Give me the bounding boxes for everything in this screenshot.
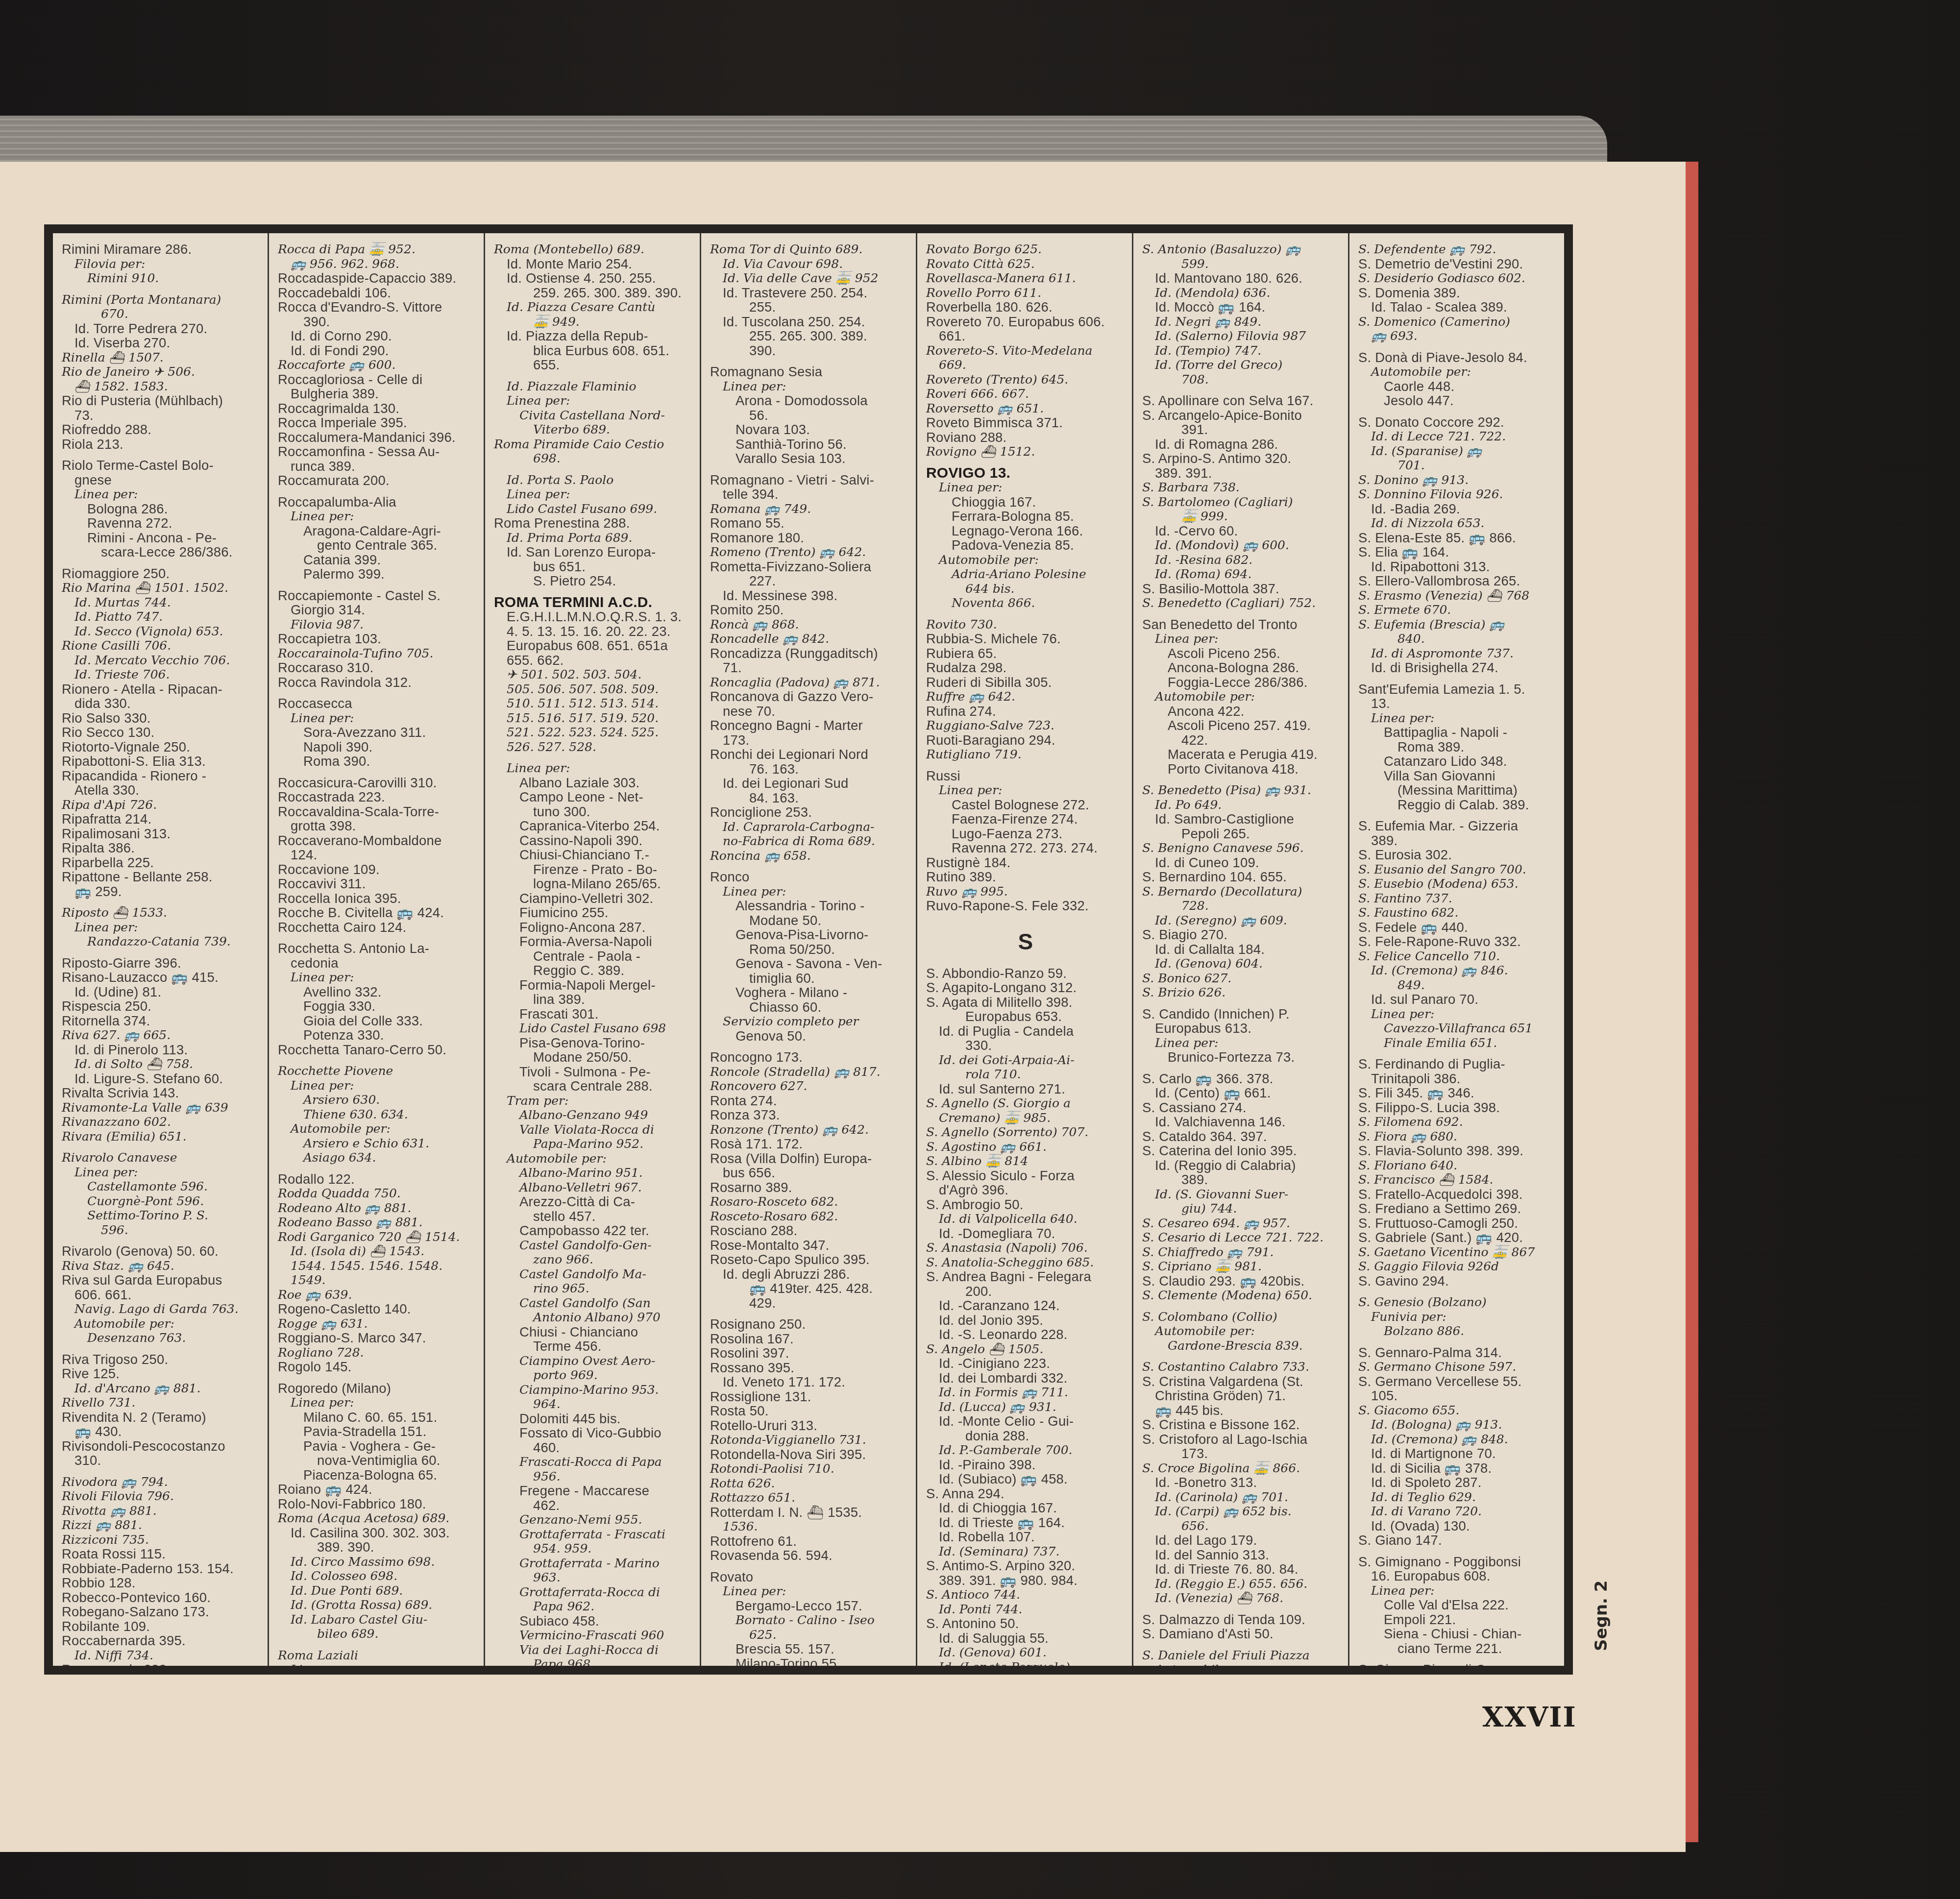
index-entry-line: S. Benedetto (Cagliari) 752. [1142, 596, 1341, 610]
index-entry-line: Rotello-Ururi 313. [710, 1418, 909, 1433]
index-entry-line: Grottaferrata - Frascati [494, 1527, 693, 1542]
index-entry-line: Id. Ligure-S. Stefano 60. [62, 1071, 261, 1086]
index-entry-line: Porto Civitanova 418. [1142, 762, 1341, 777]
index-entry-line: Rosignano 250. [710, 1317, 909, 1332]
index-entry-line: Subiaco 458. [494, 1614, 693, 1629]
index-entry-line: Ravenna 272. 273. 274. [926, 841, 1125, 855]
index-entry-line: S. Donato Coccore 292. [1358, 415, 1557, 430]
index-entry-line: Ripa d'Api 726. [62, 798, 261, 812]
index-entry-line: Ruffre 🚌 642. [926, 689, 1125, 704]
index-entry-line: Roma (Acqua Acetosa) 689. [278, 1511, 477, 1526]
index-entry-line: Rocca Ravindola 312. [278, 675, 477, 690]
index-entry-line: Genzano-Nemi 955. [494, 1512, 693, 1527]
index-entry-line: Roveto Bimmisca 371. [926, 415, 1125, 430]
index-entry-line: Rovigno ⛴ 1512. [926, 444, 1125, 459]
index-entry-line: Ferrara-Bologna 85. [926, 509, 1125, 524]
index-entry-line: Castel Gandolfo (San [494, 1296, 693, 1311]
index-entry-line: Funivia per: [1358, 1310, 1557, 1324]
index-entry-line: Robegano-Salzano 173. [62, 1605, 261, 1619]
index-entry-line: Roverbella 180. 626. [926, 300, 1125, 315]
index-entry-line: Id. dei Legionari Sud [710, 776, 909, 791]
index-entry-line: Rimini (Porta Montanara) [62, 292, 261, 307]
index-entry-line: Romagnano - Vietri - Salvi- [710, 473, 909, 487]
index-entry-line: S. Agata di Militello 398. [926, 995, 1125, 1010]
index-entry-line: 173. [1142, 1446, 1341, 1461]
index-entry-line: Romagnano Sesia [710, 365, 909, 379]
index-entry-line: Id. di Varano 720. [1358, 1504, 1557, 1519]
index-entry-line: S. Arpino-S. Antimo 320. [1142, 451, 1341, 466]
index-entry-line: Ronco [710, 870, 909, 884]
index-entry-line: S. Defendente 🚌 792. [1358, 242, 1557, 257]
index-entry-line: Rovello Porro 611. [926, 286, 1125, 300]
index-entry-line: Id. di Martignone 70. [1358, 1446, 1557, 1461]
index-entry-line: S. Eufemia (Brescia) 🚌 [1358, 617, 1557, 632]
index-entry-line: Robbio 128. [62, 1576, 261, 1590]
index-entry-line: 655. 662. [494, 653, 693, 668]
index-entry-line: Europabus 613. [1142, 1021, 1341, 1036]
index-entry-line: S. Filomena 692. [1358, 1115, 1557, 1129]
index-entry-line: Id. (Cremona) 🚌 848. [1358, 1432, 1557, 1447]
index-entry-line: Rodallo 122. [278, 1172, 477, 1187]
index-entry-line: 460. [494, 1440, 693, 1455]
index-entry-line: Linea per: [494, 761, 693, 776]
index-entry-line: Roncina 🚌 658. [710, 849, 909, 863]
index-entry-line: donia 288. [926, 1429, 1125, 1443]
index-entry-line: Id. di Pinerolo 113. [62, 1043, 261, 1057]
index-entry-line: Albano-Marino 951. [494, 1166, 693, 1180]
index-entry-line: Ruvo-Rapone-S. Fele 332. [926, 899, 1125, 913]
index-entry-line: Caorle 448. [1358, 379, 1557, 394]
index-entry-line: Romeno (Trento) 🚌 642. [710, 545, 909, 560]
index-entry-line: bus 651. [494, 560, 693, 574]
index-entry-line: Rosarno 389. [710, 1180, 909, 1195]
index-entry-line: Castellamonte 596. [62, 1179, 261, 1194]
index-entry-line: S. Ginese-Pieve di Com. [1358, 1662, 1557, 1666]
index-entry-line: S. Clemente (Modena) 650. [1142, 1288, 1341, 1303]
index-entry-line: Id. Talao - Scalea 389. [1358, 300, 1557, 315]
major-station-entry: ROVIGO 13. [926, 466, 1125, 481]
index-entry-line: Id. (Subiaco) 🚌 458. [926, 1472, 1125, 1486]
index-entry-line: 956. [494, 1469, 693, 1484]
index-column: Roma Tor di Quinto 689.Id. Via Cavour 69… [701, 233, 917, 1666]
index-entry-line: Linea per: [62, 1165, 261, 1180]
index-entry-line: Rotondella-Nova Siri 395. [710, 1447, 909, 1462]
index-entry-line: Roccagloriosa - Celle di [278, 372, 477, 387]
index-entry-line: Cassino-Napoli 390. [494, 833, 693, 848]
index-entry-line: Id. (Seminara) 737. [926, 1544, 1125, 1559]
index-entry-line: Genova-Pisa-Livorno- [710, 927, 909, 942]
index-entry-line: Rispescia 250. [62, 999, 261, 1014]
index-entry-line: Aragona-Caldare-Agri- [278, 524, 477, 538]
index-entry-line: Rovasenda 56. 594. [710, 1548, 909, 1563]
index-entry-line: Id. (Torre del Greco) [1142, 358, 1341, 372]
index-entry-line: Milano C. 60. 65. 151. [278, 1410, 477, 1425]
index-entry-line: Novara 103. [710, 422, 909, 437]
index-entry-line: (Messina Marittima) [1358, 783, 1557, 798]
index-entry-line: cedonia [278, 956, 477, 971]
index-entry-line: Romito 250. [710, 603, 909, 617]
index-entry-line: S. Agostino 🚌 661. [926, 1140, 1125, 1154]
index-entry-line: 422. [1142, 733, 1341, 748]
index-entry-line: E.G.H.I.L.M.N.O.Q.R.S. 1. 3. [494, 609, 693, 624]
index-entry-line: Rocca Imperiale 395. [278, 415, 477, 430]
index-entry-line: Ronchi dei Legionari Nord [710, 747, 909, 762]
index-entry-line: Roveri 666. 667. [926, 387, 1125, 401]
index-entry-line: S. Genesio (Bolzano) [1358, 1295, 1557, 1310]
index-entry-line: Ruoti-Baragiano 294. [926, 733, 1125, 748]
index-entry-line: Ripalta 386. [62, 841, 261, 855]
index-entry-line: Castel Gandolfo-Gen- [494, 1238, 693, 1253]
index-entry-line: Roccavione 109. [278, 862, 477, 877]
index-entry-line: Rufina 274. [926, 704, 1125, 719]
index-entry-line: Roiano 🚌 424. [278, 1482, 477, 1497]
index-entry-line: S. Basilio-Mottola 387. [1142, 582, 1341, 596]
index-entry-line: Automobile per: [62, 1316, 261, 1331]
index-entry-line: San Benedetto del Tronto [1142, 617, 1341, 632]
index-entry-line: Voghera - Milano - [710, 985, 909, 1000]
index-entry-line: Id. Tuscolana 250. 254. [710, 315, 909, 329]
index-entry-line: Ancona 422. [1142, 704, 1341, 719]
index-entry-line: Brunico-Fortezza 73. [1142, 1050, 1341, 1065]
index-entry-line: S. Domenico (Camerino) [1358, 315, 1557, 329]
index-entry-line: S. Floriano 640. [1358, 1158, 1557, 1173]
index-entry-line: Automobile per: [1358, 365, 1557, 379]
index-entry-line: Roma 50/250. [710, 942, 909, 957]
index-entry-line: Gioia del Colle 333. [278, 1014, 477, 1028]
index-entry-line: Id. di Fondi 290. [278, 343, 477, 358]
index-entry-line: S. Benedetto (Pisa) 🚌 931. [1142, 783, 1341, 798]
index-entry-line: Rogge 🚌 631. [278, 1316, 477, 1331]
index-entry-line: S. Ambrogio 50. [926, 1197, 1125, 1212]
index-entry-line: 669. [926, 358, 1125, 372]
index-entry-line: Rizzi 🚌 881. [62, 1518, 261, 1533]
index-entry-line: Id. Niffi 734. [62, 1648, 261, 1663]
index-entry-line: zano 966. [494, 1252, 693, 1267]
index-entry-line: Roncaglia (Padova) 🚌 871. [710, 675, 909, 690]
index-entry-line: 510. 511. 512. 513. 514. [494, 696, 693, 711]
index-entry-line: S. Desiderio Godiasco 602. [1358, 271, 1557, 286]
index-entry-line: S. Gavino 294. [1358, 1274, 1557, 1289]
index-entry-line: nova-Ventimiglia 60. [278, 1453, 477, 1468]
index-entry-line: Roccella Ionica 395. [278, 891, 477, 906]
index-entry-line: Macerata e Perugia 419. [1142, 747, 1341, 762]
index-entry-line: Tivoli - Sulmona - Pe- [494, 1065, 693, 1079]
index-entry-line: Avellino 332. [278, 985, 477, 999]
index-entry-line: S. Fiora 🚌 680. [1358, 1129, 1557, 1144]
index-entry-line: gnese [62, 473, 261, 487]
index-entry-line: 255. [710, 300, 909, 315]
index-entry-line: Frascati 301. [494, 1007, 693, 1022]
index-entry-line: S. Fedele 🚌 440. [1358, 920, 1557, 935]
index-entry-line: Id. San Lorenzo Europa- [494, 545, 693, 560]
index-entry-line: Rottofreno 61. [710, 1534, 909, 1549]
index-entry-line: Id. -Cinigiano 223. [926, 1356, 1125, 1371]
index-entry-line: Linea per: [710, 379, 909, 394]
index-entry-line: Viterbo 689. [494, 422, 693, 437]
index-entry-line: Id. -Piraino 398. [926, 1458, 1125, 1472]
index-entry-line: Id. (Cremona) 🚌 846. [1358, 963, 1557, 978]
index-entry-line: Id. Murtas 744. [62, 595, 261, 610]
index-entry-line: Ripafratta 214. [62, 812, 261, 827]
index-entry-line: S. Gennaro-Palma 314. [1358, 1345, 1557, 1360]
index-entry-line: S. Barbara 738. [1142, 480, 1341, 495]
index-entry-line: Linea per: [278, 1662, 477, 1666]
index-entry-line: Roncovero 627. [710, 1079, 909, 1094]
index-entry-line: Linea per: [926, 783, 1125, 798]
index-entry-line: Ruggiano-Salve 723. [926, 718, 1125, 733]
index-entry-line: Via dei Laghi-Rocca di [494, 1643, 693, 1657]
index-entry-line: porto 969. [494, 1368, 693, 1383]
index-entry-line: Id. Piazza della Repub- [494, 329, 693, 343]
index-entry-line: Ciampino-Marino 953. [494, 1383, 693, 1397]
index-entry-line: Rogliano 728. [278, 1345, 477, 1360]
index-entry-line: Roccasecca [278, 696, 477, 711]
index-entry-line: S. Cristoforo al Lago-Ischia [1142, 1432, 1341, 1447]
index-entry-line: Romanore 180. [710, 531, 909, 545]
index-entry-line: Id. (Carinola) 🚌 701. [1142, 1490, 1341, 1505]
index-entry-line: Foligno-Ancona 287. [494, 920, 693, 935]
index-entry-line: Vermicino-Frascati 960 [494, 1628, 693, 1643]
index-entry-line: 🚌 419ter. 425. 428. [710, 1281, 909, 1296]
index-entry-line: Napoli 390. [278, 740, 477, 755]
index-entry-line: Linea per: [1358, 1007, 1557, 1022]
index-entry-line: Rocchetta Tanaro-Cerro 50. [278, 1043, 477, 1057]
index-entry-line: Foggia 330. [278, 999, 477, 1014]
index-entry-line: 71. [710, 660, 909, 675]
index-entry-line: 964. [494, 1397, 693, 1412]
index-entry-line: S. Fele-Rapone-Ruvo 332. [1358, 934, 1557, 949]
index-entry-line: 670. [62, 307, 261, 321]
index-entry-line: 259. 265. 300. 389. 390. [494, 286, 693, 300]
index-entry-line: Id. di Sicilia 🚌 378. [1358, 1461, 1557, 1476]
index-entry-line: bileo 689. [278, 1627, 477, 1641]
index-entry-line: S. Felice Cancello 710. [1358, 949, 1557, 964]
index-entry-line: Chioggia 167. [926, 495, 1125, 510]
index-entry-line: 390. [710, 343, 909, 358]
index-entry-line: Id. -Badia 269. [1358, 502, 1557, 516]
index-entry-line: 🚌 259. [62, 884, 261, 899]
index-entry-line: S. Fantino 737. [1358, 891, 1557, 906]
index-entry-line: Modane 250/50. [494, 1050, 693, 1065]
index-entry-line: Id. (Udine) 81. [62, 985, 261, 999]
index-entry-line: Linea per: [710, 1584, 909, 1599]
index-entry-line: Id. di Brisighella 274. [1358, 660, 1557, 675]
index-entry-line: 84. 163. [710, 791, 909, 805]
index-entry-line: Id. (Genova) 601. [926, 1645, 1125, 1660]
index-entry-line: 🚌 693. [1358, 329, 1557, 343]
index-entry-line: Chiusi-Chianciano T.- [494, 848, 693, 862]
index-entry-line: Id. Caprarola-Carbogna- [710, 820, 909, 834]
index-entry-line: S. Fruttuoso-Camogli 250. [1358, 1216, 1557, 1231]
index-entry-line: Id. Labaro Castel Giu- [278, 1612, 477, 1627]
index-entry-line: Id. -Monte Celio - Gui- [926, 1414, 1125, 1429]
index-entry-line: Linea per: [278, 970, 477, 985]
index-entry-line: Rolo-Novi-Fabbrico 180. [278, 1497, 477, 1511]
index-entry-line: S. Brizio 626. [1142, 985, 1341, 1000]
index-entry-line: 13. [1358, 696, 1557, 711]
index-entry-line: S. Elia 🚌 164. [1358, 545, 1557, 560]
index-entry-line: Antonio Albano) 970 [494, 1310, 693, 1325]
index-entry-line: Rivoli Filovia 796. [62, 1489, 261, 1504]
index-entry-line: Ruvo 🚌 995. [926, 884, 1125, 899]
index-entry-line: Rivamonte-La Valle 🚌 639 [62, 1100, 261, 1115]
index-entry-line: 526. 527. 528. [494, 740, 693, 755]
index-entry-line: 390. [278, 315, 477, 329]
index-entry-line: Roncole (Stradella) 🚌 817. [710, 1065, 909, 1079]
index-entry-line: Id. (Salerno) Filovia 987 [1142, 329, 1341, 343]
index-entry-line: Roccapietra 103. [278, 632, 477, 646]
index-entry-line: S. Fratello-Acquedolci 398. [1358, 1187, 1557, 1202]
index-entry-line: S. Damiano d'Asti 50. [1142, 1627, 1341, 1641]
index-entry-line: 1549. [278, 1273, 477, 1288]
index-entry-line: Ruderi di Sibilla 305. [926, 675, 1125, 690]
index-entry-line: Id. Piazzale Flaminio [494, 379, 693, 394]
index-entry-line: Id. sul Santerno 271. [926, 1082, 1125, 1096]
index-entry-line: 173. [710, 733, 909, 748]
index-entry-line: S. Alessio Siculo - Forza [926, 1169, 1125, 1183]
index-entry-line: Roma 390. [278, 754, 477, 769]
index-entry-line: Ripabottoni-S. Elia 313. [62, 754, 261, 769]
index-entry-line: runca 389. [278, 459, 477, 474]
index-entry-line: Rivendita N. 2 (Teramo) [62, 1410, 261, 1425]
index-entry-line: Genova - Savona - Ven- [710, 956, 909, 971]
index-column: Roma (Montebello) 689.Id. Monte Mario 25… [485, 233, 701, 1666]
index-entry-line: Foggia-Lecce 286/386. [1142, 675, 1341, 690]
index-entry-line: Id. Messinese 398. [710, 588, 909, 603]
index-entry-line: Rovellasca-Manera 611. [926, 271, 1125, 286]
index-entry-line: Id. di Lecce 721. 722. [1358, 429, 1557, 444]
index-entry-line: Romana 🚌 749. [710, 502, 909, 516]
index-entry-line: Automobile per: [1142, 1324, 1341, 1339]
index-entry-line: Fiumicino 255. [494, 905, 693, 920]
index-entry-line: 200. [926, 1284, 1125, 1299]
index-entry-line: Albano-Genzano 949 [494, 1108, 693, 1122]
index-entry-line: Linea per: [926, 480, 1125, 495]
index-entry-line: Dolomiti 445 bis. [494, 1412, 693, 1426]
index-entry-line: Rocchetta Cairo 124. [278, 920, 477, 935]
index-entry-line: Arezzo-Città di Ca- [494, 1194, 693, 1209]
index-entry-line: Rocche B. Civitella 🚌 424. [278, 905, 477, 920]
index-entry-line: Rio Marina ⛴ 1501. 1502. [62, 581, 261, 595]
index-entry-line: Id. di Saluggia 55. [926, 1631, 1125, 1646]
index-entry-line: Rotonda-Viggianello 731. [710, 1433, 909, 1447]
index-entry-line: Rivisondoli-Pescocostanzo [62, 1439, 261, 1454]
index-entry-line: Papa 968. [494, 1657, 693, 1666]
index-entry-line: Genova 50. [710, 1029, 909, 1044]
index-entry-line: Id. del Lago 179. [1142, 1533, 1341, 1548]
index-entry-line: Filovia per: [62, 257, 261, 271]
index-entry-line: tuno 300. [494, 804, 693, 819]
index-entry-line: Id. Colosseo 698. [278, 1569, 477, 1583]
index-entry-line: Id. (Reggio di Calabria) [1142, 1158, 1341, 1173]
index-entry-line: S. Anatolia-Scheggino 685. [926, 1255, 1125, 1270]
index-entry-line: 389. [1358, 833, 1557, 848]
index-entry-line: Linea per: [278, 711, 477, 726]
index-entry-line: d'Agrò 396. [926, 1183, 1125, 1197]
index-entry-line: Id. Po 649. [1142, 798, 1341, 812]
index-entry-line: Pavia - Voghera - Ge- [278, 1439, 477, 1454]
index-entry-line: Castel Bolognese 272. [926, 798, 1125, 812]
index-entry-line: Rovato Città 625. [926, 257, 1125, 271]
index-entry-line: S. Pietro 254. [494, 574, 693, 588]
index-entry-line: Reggio C. 389. [494, 963, 693, 978]
index-entry-line: Riva sul Garda Europabus [62, 1273, 261, 1288]
index-entry-line: Rotterdam I. N. ⛴ 1535. [710, 1505, 909, 1520]
index-entry-line: Grottaferrata-Rocca di [494, 1585, 693, 1600]
index-entry-line: Cavezzo-Villafranca 651 [1358, 1021, 1557, 1036]
index-entry-line: Linea per: [494, 393, 693, 408]
index-entry-line: S. Chiaffredo 🚌 791. [1142, 1245, 1341, 1260]
index-entry-line: Id. Piatto 747. [62, 609, 261, 624]
index-entry-line: Rometta-Fivizzano-Soliera [710, 560, 909, 574]
index-entry-line: Id. Monte Mario 254. [494, 257, 693, 271]
index-entry-line: Linea per: [278, 509, 477, 524]
index-entry-line: Id. Via Cavour 698. [710, 257, 909, 271]
index-entry-line: Rossiglione 131. [710, 1389, 909, 1404]
index-entry-line: Christina Gröden) 71. [1142, 1388, 1341, 1403]
index-entry-line: Id. -Cervo 60. [1142, 524, 1341, 538]
index-entry-line: Roccadebaldi 106. [278, 286, 477, 300]
index-entry-line: Ripalimosani 313. [62, 827, 261, 841]
index-entry-line: Bulgheria 389. [278, 387, 477, 401]
index-entry-line: Roccavaldina-Scala-Torre- [278, 804, 477, 819]
index-entry-line: Robbiate-Paderno 153. 154. [62, 1561, 261, 1576]
index-entry-line: 505. 506. 507. 508. 509. [494, 682, 693, 697]
index-entry-line: Rionero - Atella - Ripacan- [62, 682, 261, 697]
index-columns: Rimini Miramare 286.Filovia per:Rimini 9… [53, 233, 1564, 1666]
index-entry-line: ✈ 501. 502. 503. 504. [494, 667, 693, 682]
index-entry-line: scara-Lecce 286/386. [62, 545, 261, 560]
index-entry-line: S. Filippo-S. Lucia 398. [1358, 1100, 1557, 1115]
index-entry-line: Id. di Callalta 184. [1142, 942, 1341, 957]
index-entry-line: Id. Casilina 300. 302. 303. [278, 1526, 477, 1540]
index-entry-line: Robilante 109. [62, 1619, 261, 1634]
index-entry-line: Rossano 395. [710, 1361, 909, 1375]
index-entry-line: 56. [710, 408, 909, 423]
index-entry-line: Id. (Sparanise) 🚌 [1358, 444, 1557, 459]
index-entry-line: Lido Castel Fusano 699. [494, 502, 693, 516]
index-entry-line: 515. 516. 517. 519. 520. [494, 711, 693, 726]
index-entry-line: Id. (Mendola) 636. [1142, 286, 1341, 300]
index-column: S. Antonio (Basaluzzo) 🚌599.Id. Mantovan… [1133, 233, 1349, 1666]
index-entry-line: Romano 55. [710, 516, 909, 531]
index-entry-line: 🚋 999. [1142, 509, 1341, 524]
index-entry-line: Roncogno 173. [710, 1050, 909, 1065]
index-entry-line: 76. 163. [710, 762, 909, 777]
index-entry-line: Riparbella 225. [62, 855, 261, 870]
index-entry-line: 728. [1142, 899, 1341, 913]
index-entry-line: 389. 391. [1142, 466, 1341, 481]
index-entry-line: Lugo-Faenza 273. [926, 827, 1125, 841]
index-entry-line: Roccacasale 288. [62, 1662, 261, 1666]
index-entry-line: Riolo Terme-Castel Bolo- [62, 458, 261, 473]
index-entry-line: grotta 398. [278, 819, 477, 833]
index-entry-line: Roma (Montebello) 689. [494, 242, 693, 257]
index-entry-line: S. Cassiano 274. [1142, 1100, 1341, 1115]
index-entry-line: Battipaglia - Napoli - [1358, 725, 1557, 740]
index-entry-line: S. Cesario di Lecce 721. 722. [1142, 1230, 1341, 1245]
index-entry-line: Piacenza-Bologna 65. [278, 1468, 477, 1483]
index-entry-line: Id. (Carpi) 🚌 652 bis. [1142, 1504, 1341, 1519]
index-entry-line: Villa San Giovanni [1358, 769, 1557, 783]
index-entry-line: Id. in Formis 🚌 711. [926, 1385, 1125, 1400]
index-entry-line: 655. [494, 358, 693, 372]
index-entry-line: Cremano) 🚋 985. [926, 1111, 1125, 1125]
index-entry-line: Id. Piazza Cesare Cantù [494, 300, 693, 315]
index-entry-line: S. Germano Vercellese 55. [1358, 1374, 1557, 1389]
index-entry-line: 462. [494, 1498, 693, 1513]
index-entry-line: Ciampino-Velletri 302. [494, 891, 693, 906]
